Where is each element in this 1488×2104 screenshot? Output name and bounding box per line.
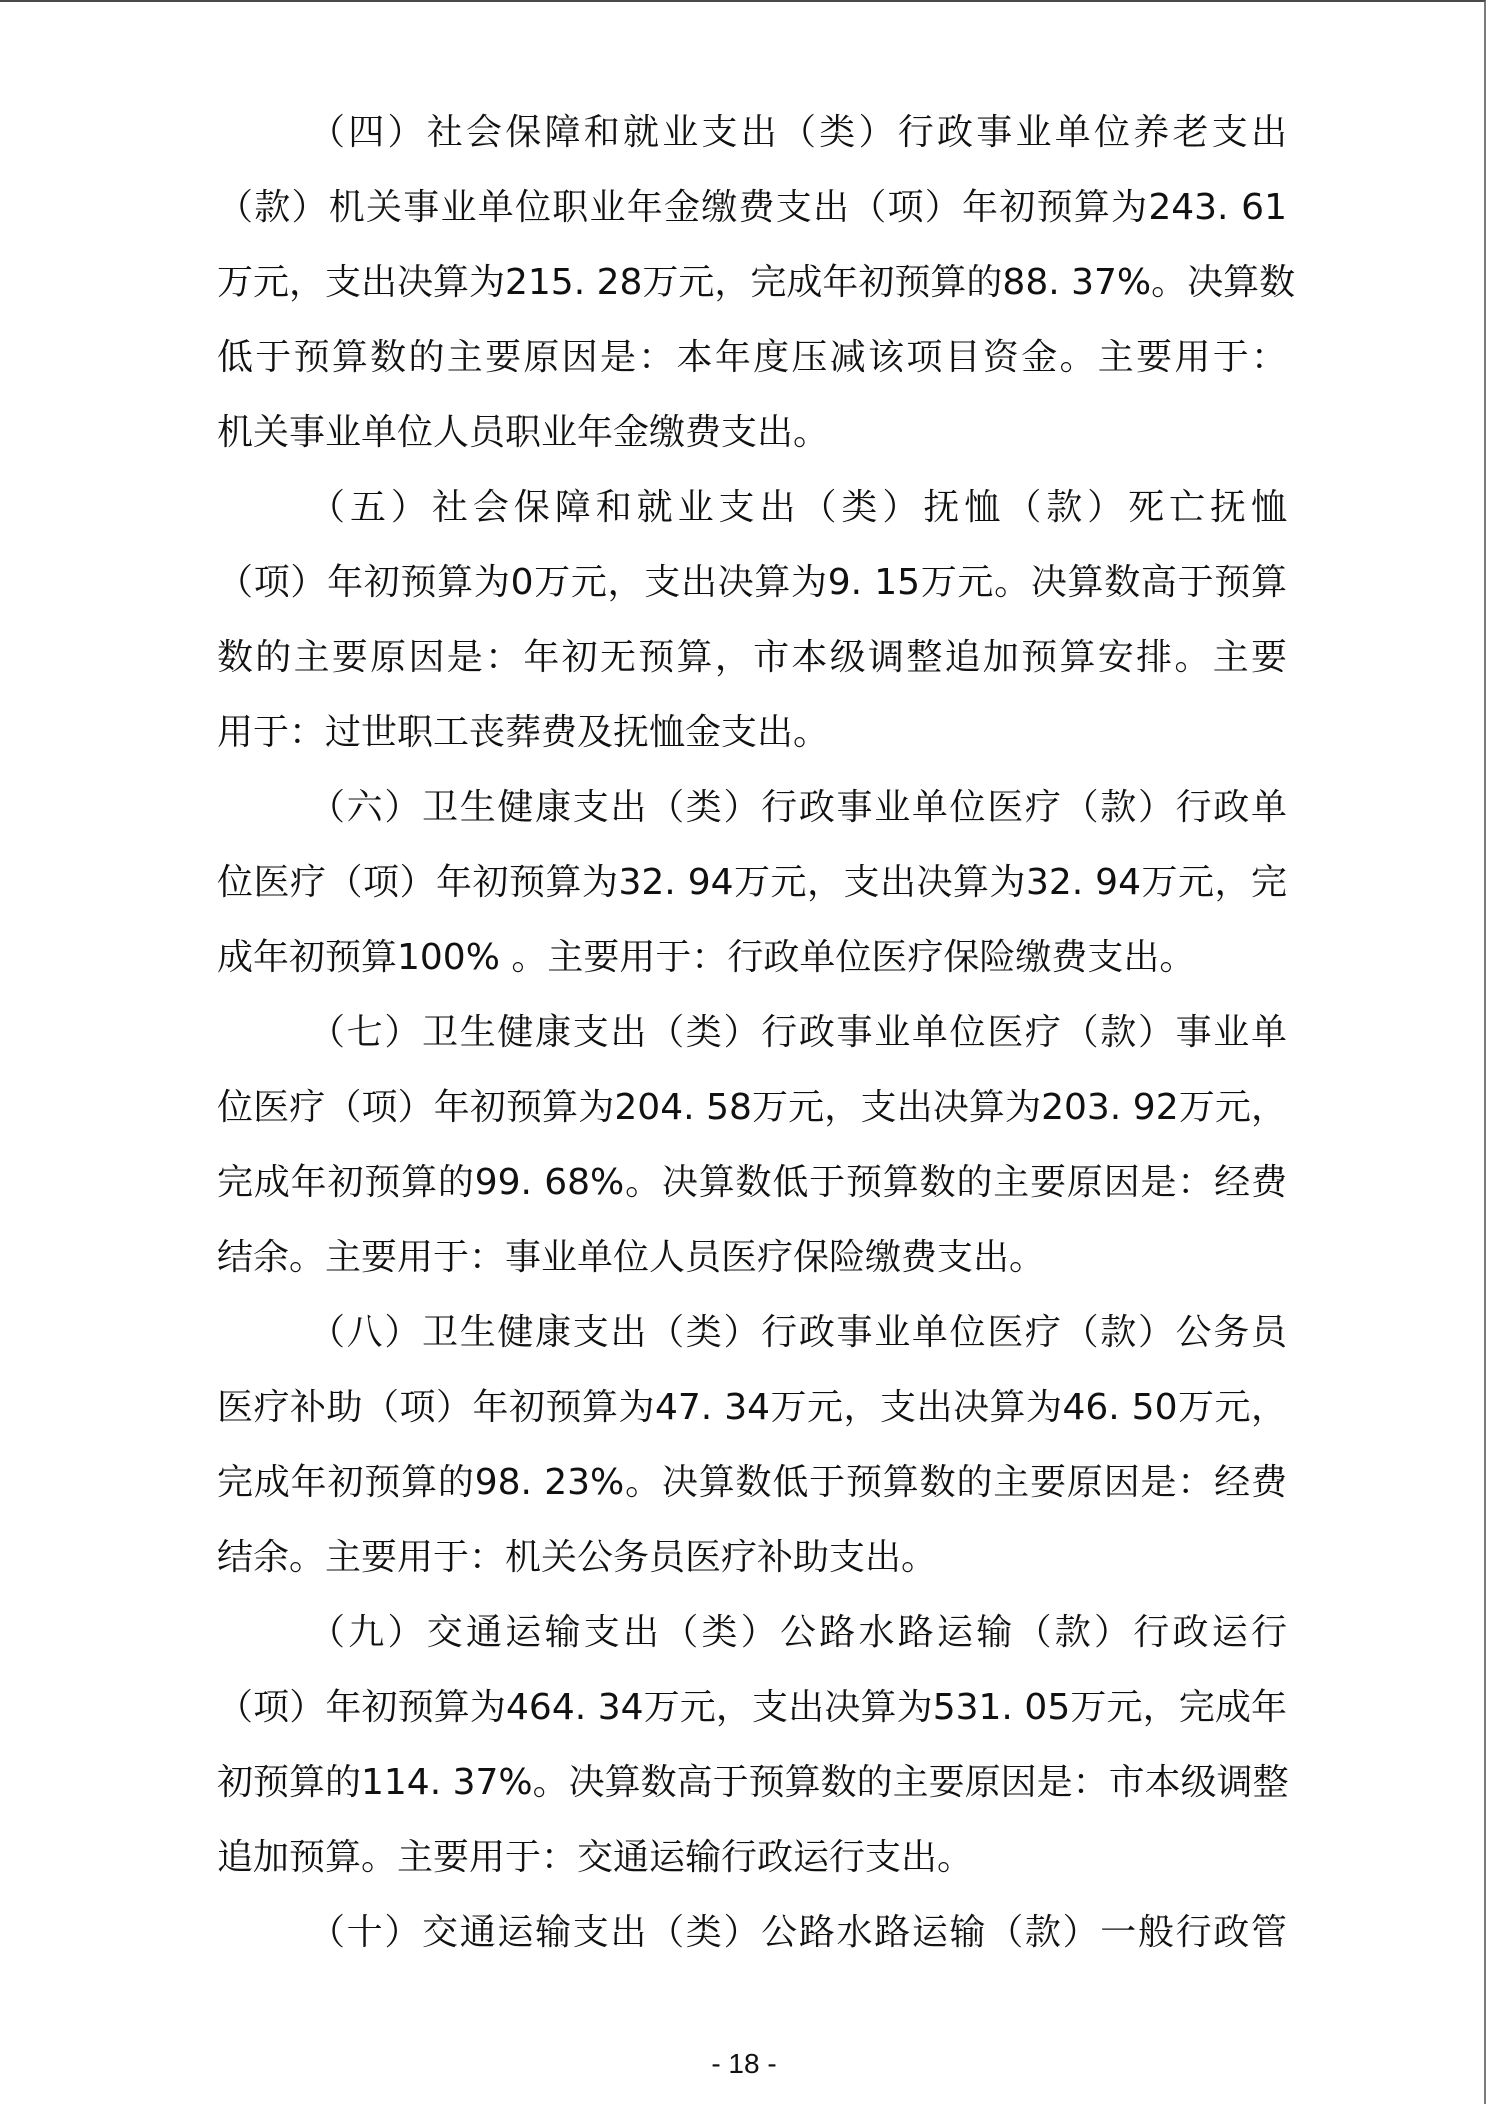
text-line: 位医疗（项）年初预算为204. 58万元，支出决算为203. 92万元， (217, 1070, 1287, 1145)
text-line: （项）年初预算为0万元，支出决算为9. 15万元。决算数高于预算 (217, 545, 1287, 620)
paragraph-transport-general-admin: （十）交通运输支出（类）公路水路运输（款）一般行政管 (217, 1895, 1287, 1970)
text-line: （七）卫生健康支出（类）行政事业单位医疗（款）事业单 (217, 995, 1287, 1070)
body-text: （四）社会保障和就业支出（类）行政事业单位养老支出 （款）机关事业单位职业年金缴… (217, 95, 1287, 1970)
text-line: 完成年初预算的99. 68%。决算数低于预算数的主要原因是：经费 (217, 1145, 1287, 1220)
text-line: （项）年初预算为464. 34万元，支出决算为531. 05万元，完成年 (217, 1670, 1287, 1745)
paragraph-admin-unit-medical: （六）卫生健康支出（类）行政事业单位医疗（款）行政单 位医疗（项）年初预算为32… (217, 770, 1287, 995)
text-line: （十）交通运输支出（类）公路水路运输（款）一般行政管 (217, 1895, 1287, 1970)
text-line: （五）社会保障和就业支出（类）抚恤（款）死亡抚恤 (217, 470, 1287, 545)
text-line: （六）卫生健康支出（类）行政事业单位医疗（款）行政单 (217, 770, 1287, 845)
text-line: 低于预算数的主要原因是：本年度压减该项目资金。主要用于： (217, 320, 1287, 395)
page-number: - 18 - (0, 2048, 1488, 2080)
text-line: （八）卫生健康支出（类）行政事业单位医疗（款）公务员 (217, 1295, 1287, 1370)
text-line: 结余。主要用于：机关公务员医疗补助支出。 (217, 1520, 1287, 1595)
text-line: （款）机关事业单位职业年金缴费支出（项）年初预算为243. 61 (217, 170, 1287, 245)
text-line: 位医疗（项）年初预算为32. 94万元，支出决算为32. 94万元，完 (217, 845, 1287, 920)
text-line: 万元，支出决算为215. 28万元，完成年初预算的88. 37%。决算数 (217, 245, 1287, 320)
paragraph-death-compensation: （五）社会保障和就业支出（类）抚恤（款）死亡抚恤 （项）年初预算为0万元，支出决… (217, 470, 1287, 770)
paragraph-civil-servant-medical-subsidy: （八）卫生健康支出（类）行政事业单位医疗（款）公务员 医疗补助（项）年初预算为4… (217, 1295, 1287, 1595)
text-line: 医疗补助（项）年初预算为47. 34万元，支出决算为46. 50万元， (217, 1370, 1287, 1445)
paragraph-pension-annuity: （四）社会保障和就业支出（类）行政事业单位养老支出 （款）机关事业单位职业年金缴… (217, 95, 1287, 470)
text-line: 机关事业单位人员职业年金缴费支出。 (217, 395, 1287, 470)
text-line: 初预算的114. 37%。决算数高于预算数的主要原因是：市本级调整 (217, 1745, 1287, 1820)
text-line: 数的主要原因是：年初无预算，市本级调整追加预算安排。主要 (217, 620, 1287, 695)
text-line: 追加预算。主要用于：交通运输行政运行支出。 (217, 1820, 1287, 1895)
text-line: （四）社会保障和就业支出（类）行政事业单位养老支出 (217, 95, 1287, 170)
text-line: 成年初预算100% 。主要用于：行政单位医疗保险缴费支出。 (217, 920, 1287, 995)
paragraph-transport-admin-operation: （九）交通运输支出（类）公路水路运输（款）行政运行 （项）年初预算为464. 3… (217, 1595, 1287, 1895)
text-line: （九）交通运输支出（类）公路水路运输（款）行政运行 (217, 1595, 1287, 1670)
text-line: 完成年初预算的98. 23%。决算数低于预算数的主要原因是：经费 (217, 1445, 1287, 1520)
text-line: 用于：过世职工丧葬费及抚恤金支出。 (217, 695, 1287, 770)
text-line: 结余。主要用于：事业单位人员医疗保险缴费支出。 (217, 1220, 1287, 1295)
document-page: （四）社会保障和就业支出（类）行政事业单位养老支出 （款）机关事业单位职业年金缴… (0, 0, 1486, 2104)
paragraph-public-institution-medical: （七）卫生健康支出（类）行政事业单位医疗（款）事业单 位医疗（项）年初预算为20… (217, 995, 1287, 1295)
